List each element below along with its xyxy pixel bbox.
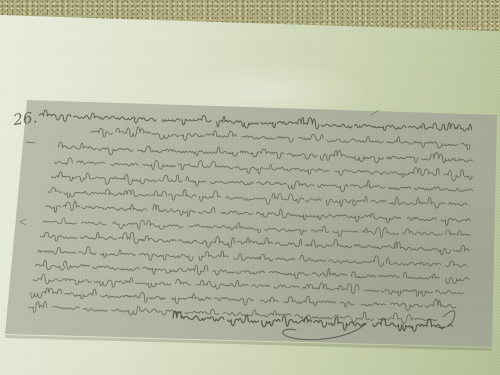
signature-line [173, 311, 453, 334]
handwriting-line [48, 185, 467, 211]
signature-flourish [283, 323, 366, 340]
handwriting-line [55, 156, 472, 182]
top-tick-mark [371, 110, 379, 115]
handwriting-line [28, 301, 437, 326]
handwriting-line [31, 286, 457, 312]
handwriting-lines-group [28, 109, 475, 335]
handwriting-line [51, 170, 472, 196]
handwriting-line [39, 109, 471, 136]
handwriting-line [33, 273, 463, 298]
handwriting-layer: 26. [0, 0, 500, 375]
handwriting-line [36, 259, 470, 284]
handwriting-line [43, 216, 471, 241]
margin-number: 26. [11, 108, 38, 129]
margin-dash [26, 142, 35, 143]
photo-of-document: 26. [0, 0, 500, 375]
left-margin-mark [20, 219, 26, 225]
